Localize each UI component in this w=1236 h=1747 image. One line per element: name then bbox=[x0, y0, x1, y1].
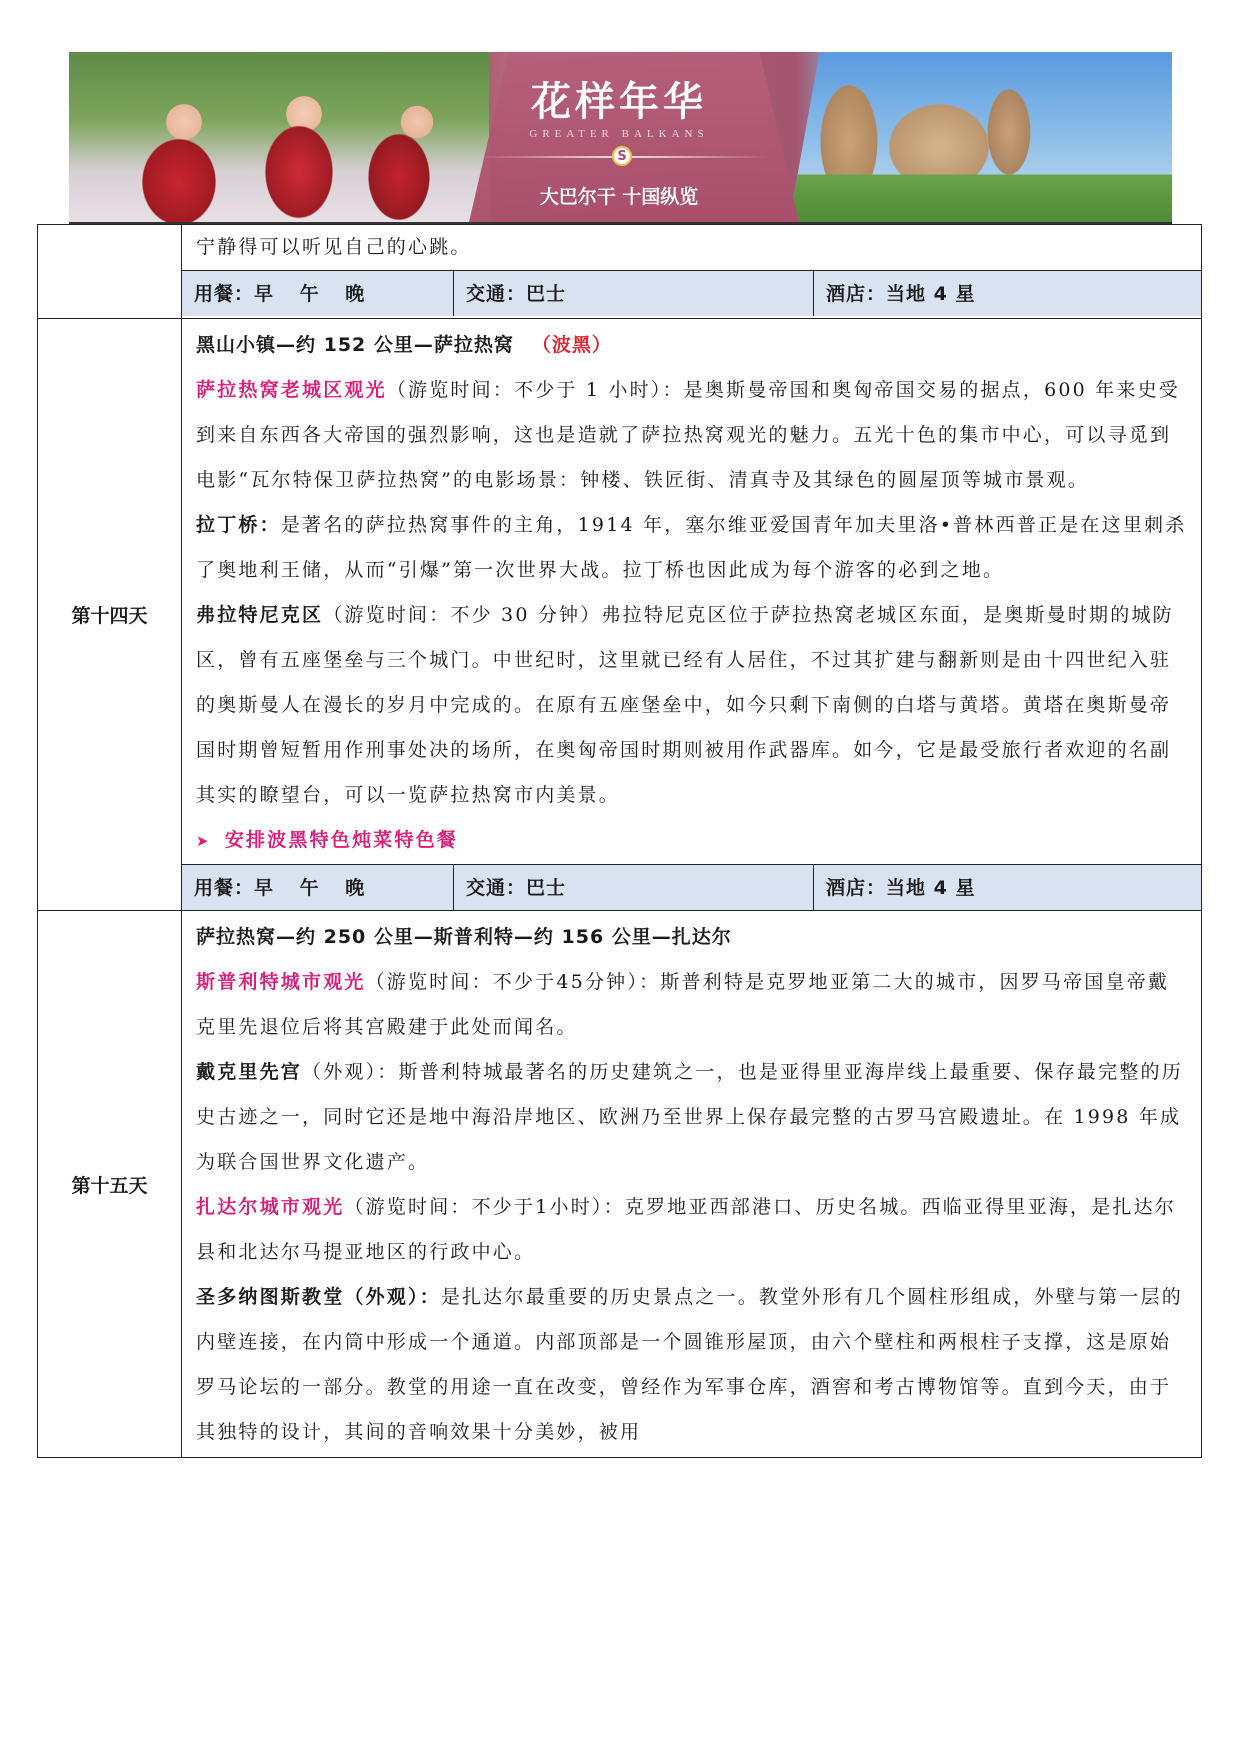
day-label: 第十四天 bbox=[38, 319, 182, 911]
route-line: 萨拉热窝—约 250 公里—斯普利特—约 156 公里—扎达尔 bbox=[196, 915, 1189, 960]
country-tag: （波黑） bbox=[532, 334, 612, 356]
day-label bbox=[38, 225, 182, 319]
itinerary-table: 宁静得可以听见自己的心跳。 用餐：早 午 晚 交通：巴士 酒店：当地 4 星 第… bbox=[37, 224, 1202, 1458]
paragraph: 戴克里先宫（外观）：斯普利特城最著名的历史建筑之一，也是亚得里亚海岸线上最重要、… bbox=[196, 1050, 1189, 1185]
paragraph: 宁静得可以听见自己的心跳。 bbox=[196, 225, 1189, 270]
banner-text-group: 花样年华 GREATER BALKANS 大巴尔干 十国纵览 bbox=[449, 52, 789, 222]
attraction-title: 圣多纳图斯教堂（外观）： bbox=[196, 1286, 441, 1308]
brand-logo-icon: S bbox=[612, 146, 632, 166]
day-content: 宁静得可以听见自己的心跳。 用餐：早 午 晚 交通：巴士 酒店：当地 4 星 bbox=[182, 225, 1202, 319]
hotel-cell: 酒店：当地 4 星 bbox=[814, 271, 1201, 316]
route-line: 黑山小镇—约 152 公里—萨拉热窝（波黑） bbox=[196, 323, 1189, 368]
paragraph: 扎达尔城市观光（游览时间：不少于1小时）：克罗地亚西部港口、历史名城。西临亚得里… bbox=[196, 1185, 1189, 1275]
banner-subtitle-cn: 大巴尔干 十国纵览 bbox=[449, 182, 789, 209]
folk-dancers-photo bbox=[69, 52, 489, 222]
paragraph: 萨拉热窝老城区观光（游览时间：不少于 1 小时）：是奥斯曼帝国和奥匈帝国交易的据… bbox=[196, 368, 1189, 503]
day-row-continued: 宁静得可以听见自己的心跳。 用餐：早 午 晚 交通：巴士 酒店：当地 4 星 bbox=[38, 225, 1202, 319]
paragraph: 圣多纳图斯教堂（外观）：是扎达尔最重要的历史景点之一。教堂外形有几个圆柱形组成，… bbox=[196, 1275, 1189, 1455]
attraction-title: 扎达尔城市观光 bbox=[196, 1196, 344, 1218]
special-meal-note: ➤安排波黑特色炖菜特色餐 bbox=[196, 818, 1189, 864]
day-content: 黑山小镇—约 152 公里—萨拉热窝（波黑） 萨拉热窝老城区观光（游览时间：不少… bbox=[182, 319, 1202, 911]
day-row-15: 第十五天 萨拉热窝—约 250 公里—斯普利特—约 156 公里—扎达尔 斯普利… bbox=[38, 911, 1202, 1458]
header-banner: 花样年华 GREATER BALKANS 大巴尔干 十国纵览 S bbox=[69, 52, 1172, 224]
attraction-title: 拉丁桥： bbox=[196, 514, 281, 536]
day-row-14: 第十四天 黑山小镇—约 152 公里—萨拉热窝（波黑） 萨拉热窝老城区观光（游览… bbox=[38, 319, 1202, 911]
meals-cell: 用餐：早 午 晚 bbox=[182, 271, 454, 316]
banner-title: 花样年华 bbox=[449, 70, 789, 127]
meal-row: 用餐：早 午 晚 交通：巴士 酒店：当地 4 星 bbox=[182, 270, 1201, 316]
arrow-right-icon: ➤ bbox=[196, 819, 211, 864]
paragraph: 斯普利特城市观光（游览时间：不少于45分钟）：斯普利特是克罗地亚第二大的城市，因… bbox=[196, 960, 1189, 1050]
day-content: 萨拉热窝—约 250 公里—斯普利特—约 156 公里—扎达尔 斯普利特城市观光… bbox=[182, 911, 1202, 1458]
transport-cell: 交通：巴士 bbox=[454, 271, 814, 316]
paragraph: 拉丁桥：是著名的萨拉热窝事件的主角，1914 年，塞尔维亚爱国青年加夫里洛•普林… bbox=[196, 503, 1189, 593]
attraction-title: 弗拉特尼克区 bbox=[196, 604, 323, 626]
attraction-title: 萨拉热窝老城区观光 bbox=[196, 379, 387, 401]
paragraph: 弗拉特尼克区（游览时间：不少 30 分钟）弗拉特尼克区位于萨拉热窝老城区东面，是… bbox=[196, 593, 1189, 818]
banner-subtitle-en: GREATER BALKANS bbox=[449, 128, 789, 140]
attraction-title: 斯普利特城市观光 bbox=[196, 971, 366, 993]
castle-photo bbox=[789, 52, 1172, 222]
hotel-cell: 酒店：当地 4 星 bbox=[814, 865, 1201, 910]
transport-cell: 交通：巴士 bbox=[454, 865, 814, 910]
day-label: 第十五天 bbox=[38, 911, 182, 1458]
attraction-title: 戴克里先宫 bbox=[196, 1061, 302, 1083]
meal-row: 用餐：早 午 晚 交通：巴士 酒店：当地 4 星 bbox=[182, 864, 1201, 910]
meals-cell: 用餐：早 午 晚 bbox=[182, 865, 454, 910]
